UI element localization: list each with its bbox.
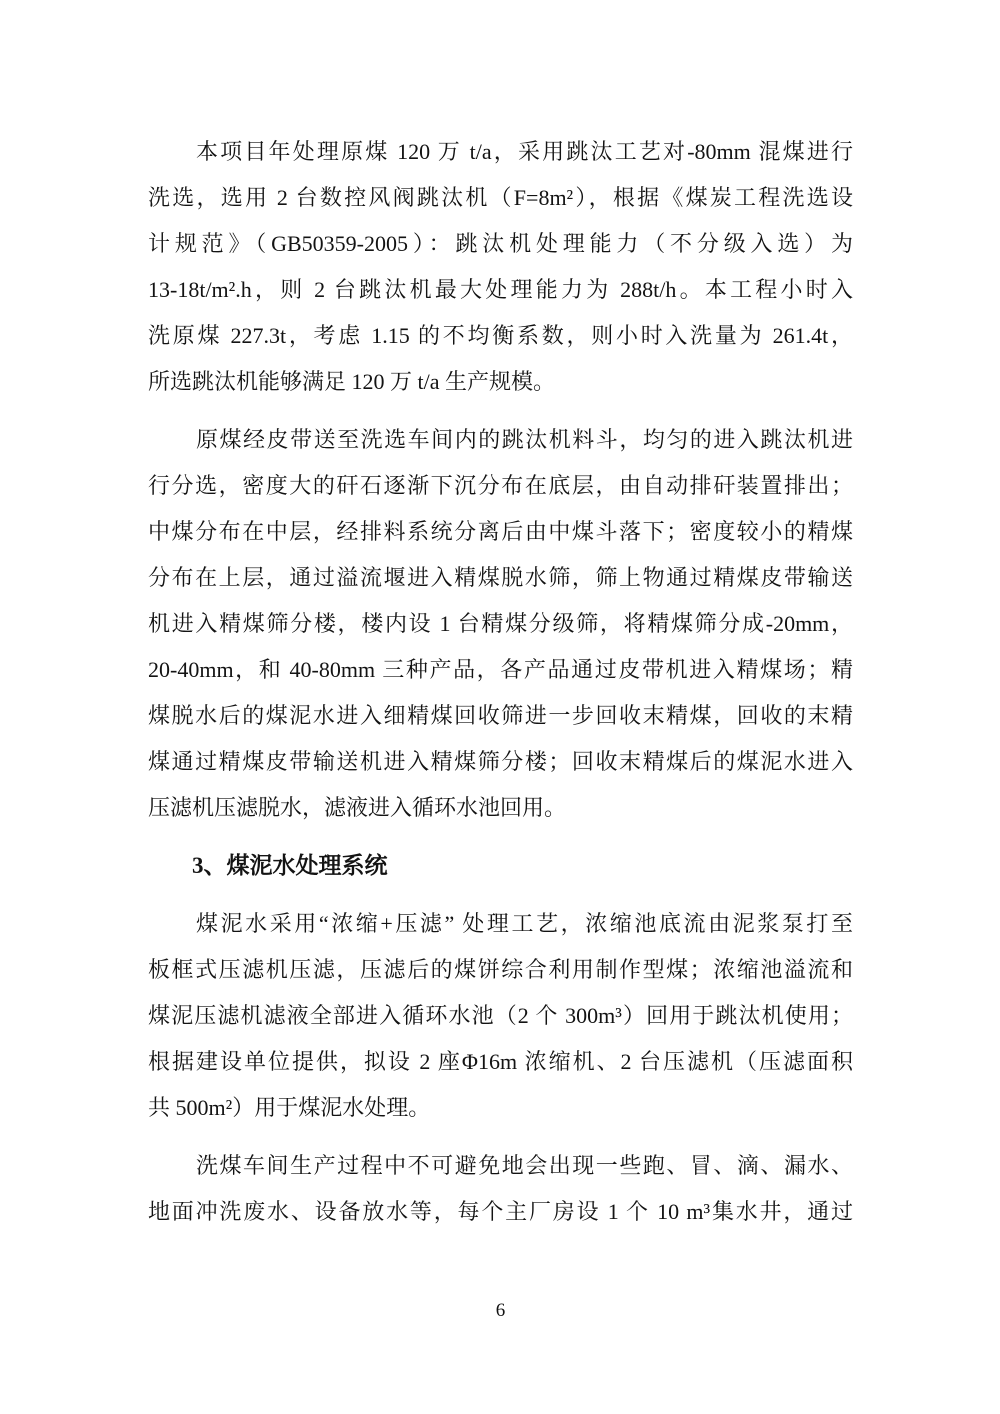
paragraph-jig-capacity: 本项目年处理原煤 120 万 t/a，采用跳汰工艺对-80mm 混煤进行 洗选，… [148, 129, 853, 405]
text-line: 压滤机压滤脱水，滤液进入循环水池回用。 [148, 785, 853, 831]
text-line: 洗煤车间生产过程中不可避免地会出现一些跑、冒、滴、漏水、 [148, 1143, 853, 1189]
paragraph-separation-process: 原煤经皮带送至洗选车间内的跳汰机料斗，均匀的进入跳汰机进 行分选，密度大的矸石逐… [148, 417, 853, 831]
text-line: 地面冲洗废水、设备放水等，每个主厂房设 1 个 10 m³集水井，通过 [148, 1189, 853, 1235]
text-line: 煤泥水采用“浓缩+压滤” 处理工艺，浓缩池底流由泥浆泵打至 [148, 901, 853, 947]
text-line: 本项目年处理原煤 120 万 t/a，采用跳汰工艺对-80mm 混煤进行 [148, 129, 853, 175]
text-line: 20-40mm，和 40-80mm 三种产品，各产品通过皮带机进入精煤场；精 [148, 647, 853, 693]
page-number-footer: 6 [148, 1296, 853, 1326]
text-line: 煤通过精煤皮带输送机进入精煤筛分楼；回收末精煤后的煤泥水进入 [148, 739, 853, 785]
text-line: 煤泥压滤机滤液全部进入循环水池（2 个 300m³）回用于跳汰机使用； [148, 993, 853, 1039]
text-content: 本项目年处理原煤 120 万 t/a，采用跳汰工艺对-80mm 混煤进行 洗选，… [148, 129, 853, 1247]
text-line: 分布在上层，通过溢流堰进入精煤脱水筛，筛上物通过精煤皮带输送 [148, 555, 853, 601]
text-line: 原煤经皮带送至洗选车间内的跳汰机料斗，均匀的进入跳汰机进 [148, 417, 853, 463]
text-line: 行分选，密度大的矸石逐渐下沉分布在底层，由自动排矸装置排出； [148, 463, 853, 509]
text-line: 所选跳汰机能够满足 120 万 t/a 生产规模。 [148, 359, 853, 405]
text-line: 13-18t/m².h，则 2 台跳汰机最大处理能力为 288t/h。本工程小时… [148, 267, 853, 313]
text-line: 计规范》（GB50359-2005）：跳汰机处理能力（不分级入选）为 [148, 221, 853, 267]
document-page: 本项目年处理原煤 120 万 t/a，采用跳汰工艺对-80mm 混煤进行 洗选，… [0, 0, 1000, 1414]
paragraph-slurry-water-system: 煤泥水采用“浓缩+压滤” 处理工艺，浓缩池底流由泥浆泵打至 板框式压滤机压滤，压… [148, 901, 853, 1131]
text-line: 洗选，选用 2 台数控风阀跳汰机（F=8m²），根据《煤炭工程洗选设 [148, 175, 853, 221]
text-line: 根据建设单位提供，拟设 2 座Φ16m 浓缩机、2 台压滤机（压滤面积 [148, 1039, 853, 1085]
text-line: 共 500m²）用于煤泥水处理。 [148, 1085, 853, 1131]
text-line: 板框式压滤机压滤，压滤后的煤饼综合利用制作型煤；浓缩池溢流和 [148, 947, 853, 993]
text-line: 中煤分布在中层，经排料系统分离后由中煤斗落下；密度较小的精煤 [148, 509, 853, 555]
section-heading: 3、煤泥水处理系统 [148, 843, 853, 889]
text-line: 煤脱水后的煤泥水进入细精煤回收筛进一步回收末精煤，回收的末精 [148, 693, 853, 739]
text-line: 机进入精煤筛分楼，楼内设 1 台精煤分级筛，将精煤筛分成-20mm， [148, 601, 853, 647]
text-line: 洗原煤 227.3t，考虑 1.15 的不均衡系数，则小时入洗量为 261.4t… [148, 313, 853, 359]
paragraph-workshop-wastewater: 洗煤车间生产过程中不可避免地会出现一些跑、冒、滴、漏水、 地面冲洗废水、设备放水… [148, 1143, 853, 1235]
